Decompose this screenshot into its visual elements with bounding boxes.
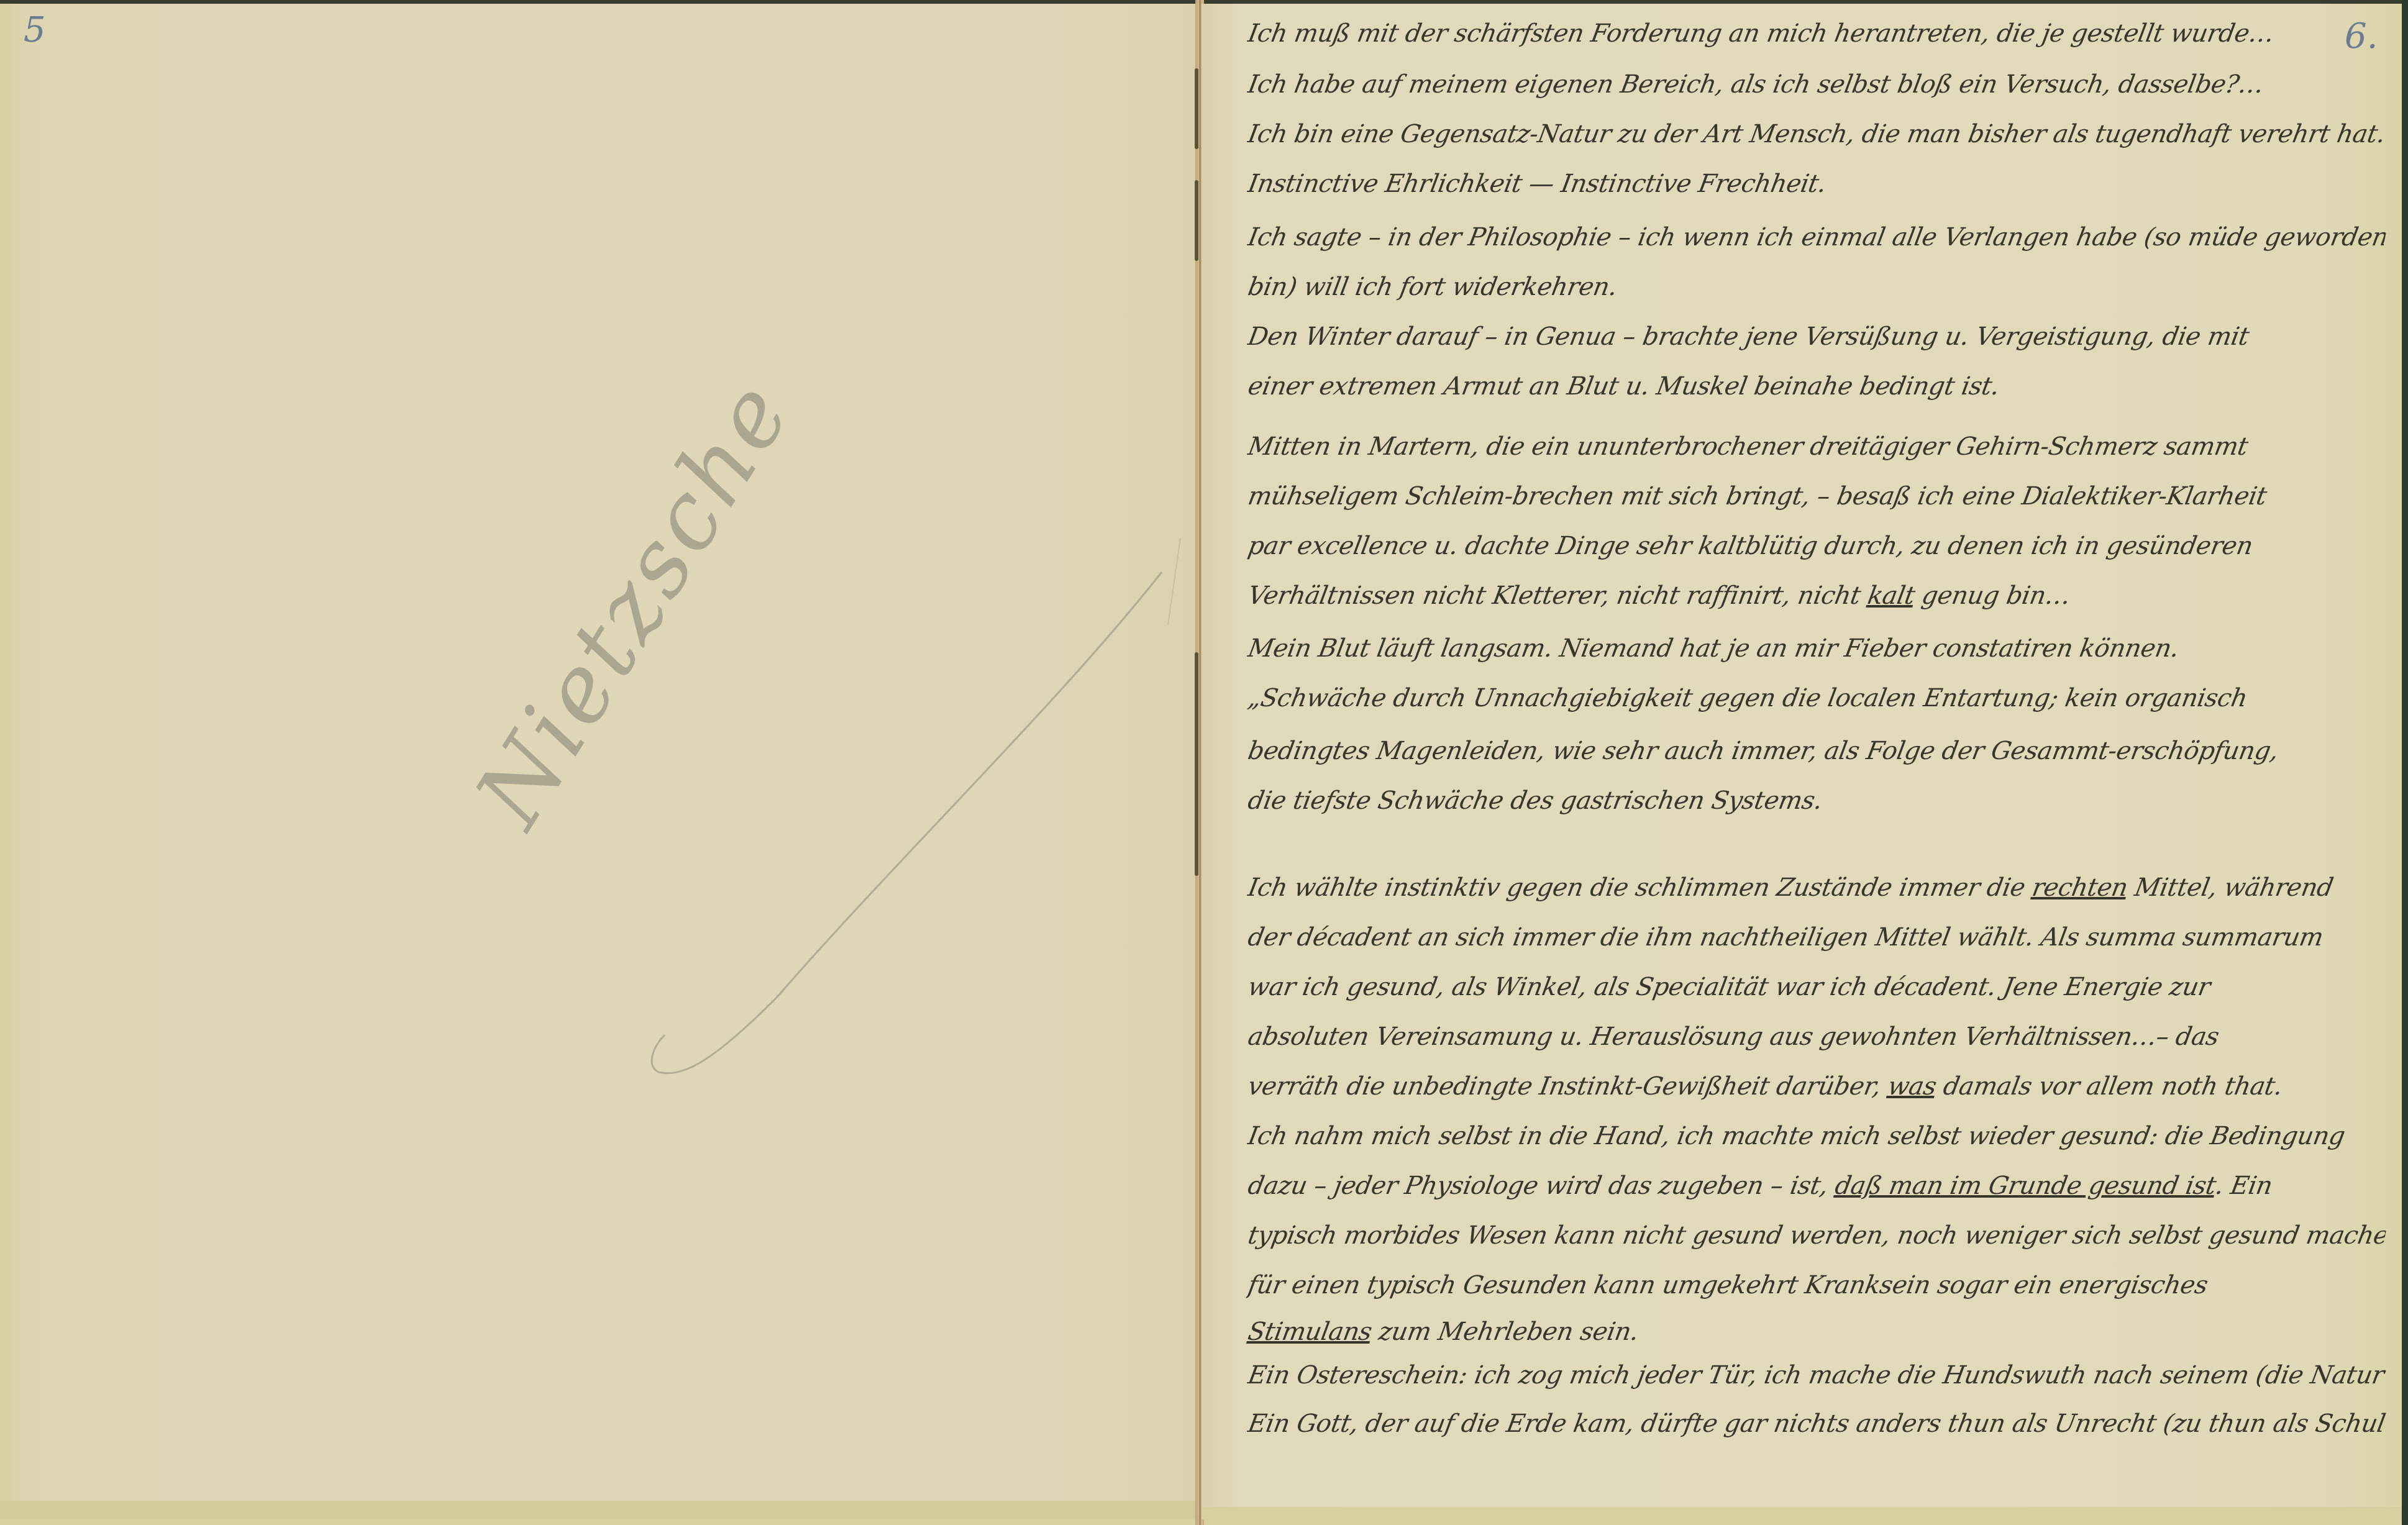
pencil-curve-stroke (0, 4, 1198, 1519)
manuscript-line: Ein Ostereschein: ich zog mich jeder Tür… (1246, 1360, 2387, 1390)
manuscript-line: Ich wählte instinktiv gegen die schlimme… (1246, 873, 2387, 903)
manuscript-line: Den Winter darauf – in Genua – brachte j… (1246, 322, 2387, 352)
binding-stitch (1195, 68, 1198, 149)
binding-stitch (1195, 652, 1198, 876)
left-page: 5 Nietzsche (0, 4, 1198, 1519)
manuscript-line: Ich sagte – in der Philosophie – ich wen… (1246, 222, 2387, 252)
underlined-emphasis: was (1886, 1072, 1938, 1101)
underlined-emphasis: rechten (2030, 873, 2130, 902)
manuscript-line: dazu – jeder Physiologe wird das zugeben… (1246, 1171, 2387, 1201)
manuscript-line: typisch morbides Wesen kann nicht gesund… (1246, 1221, 2387, 1250)
manuscript-line: Ich bin eine Gegensatz-Natur zu der Art … (1246, 119, 2387, 149)
manuscript-line: absoluten Vereinsamung u. Herauslösung a… (1246, 1022, 2387, 1052)
manuscript-line: „Schwäche durch Unnachgiebigkeit gegen d… (1246, 683, 2387, 713)
manuscript-line: bedingtes Magenleiden, wie sehr auch imm… (1246, 736, 2387, 766)
manuscript-line: Verhältnissen nicht Kletterer, nicht raf… (1246, 581, 2387, 611)
scan-right-border (2402, 0, 2408, 1525)
manuscript-line: die tiefste Schwäche des gastrischen Sys… (1246, 786, 2387, 816)
manuscript-line: Mitten in Martern, die ein ununterbroche… (1246, 432, 2387, 462)
manuscript-line: war ich gesund, als Winkel, als Speciali… (1246, 972, 2387, 1002)
manuscript-line: Ein Gott, der auf die Erde kam, dürfte g… (1246, 1409, 2387, 1439)
manuscript-line: par excellence u. dachte Dinge sehr kalt… (1246, 531, 2387, 561)
manuscript-line: Instinctive Ehrlichkeit — Instinctive Fr… (1246, 169, 2387, 199)
manuscript-line: für einen typisch Gesunden kann umgekehr… (1246, 1270, 2387, 1300)
manuscript-line: bin) will ich fort widerkehren. (1246, 272, 2387, 302)
manuscript-line: einer extremen Armut an Blut u. Muskel b… (1246, 371, 2387, 401)
manuscript-line: Ich muß mit der schärfsten Forderung an … (1246, 19, 2387, 48)
manuscript-line: Stimulans zum Mehrleben sein. (1246, 1317, 2387, 1347)
manuscript-line: Ich habe auf meinem eigenen Bereich, als… (1246, 70, 2387, 99)
notebook-spread: 5 Nietzsche 6. Ich muß mit der schärfste… (0, 0, 2408, 1525)
manuscript-line: Ich nahm mich selbst in die Hand, ich ma… (1246, 1121, 2387, 1151)
binding-stitch (1195, 180, 1198, 261)
manuscript-line: der décadent an sich immer die ihm nacht… (1246, 922, 2387, 952)
manuscript-line: verräth die unbedingte Instinkt-Gewißhei… (1246, 1072, 2387, 1101)
underlined-emphasis: daß man im Grunde gesund ist (1833, 1172, 2218, 1200)
underlined-emphasis: kalt (1866, 581, 1917, 610)
manuscript-line: Mein Blut läuft langsam. Niemand hat je … (1246, 634, 2387, 663)
underlined-emphasis: Stimulans (1246, 1318, 1374, 1346)
manuscript-line: mühseligem Schleim-brechen mit sich brin… (1246, 481, 2387, 511)
